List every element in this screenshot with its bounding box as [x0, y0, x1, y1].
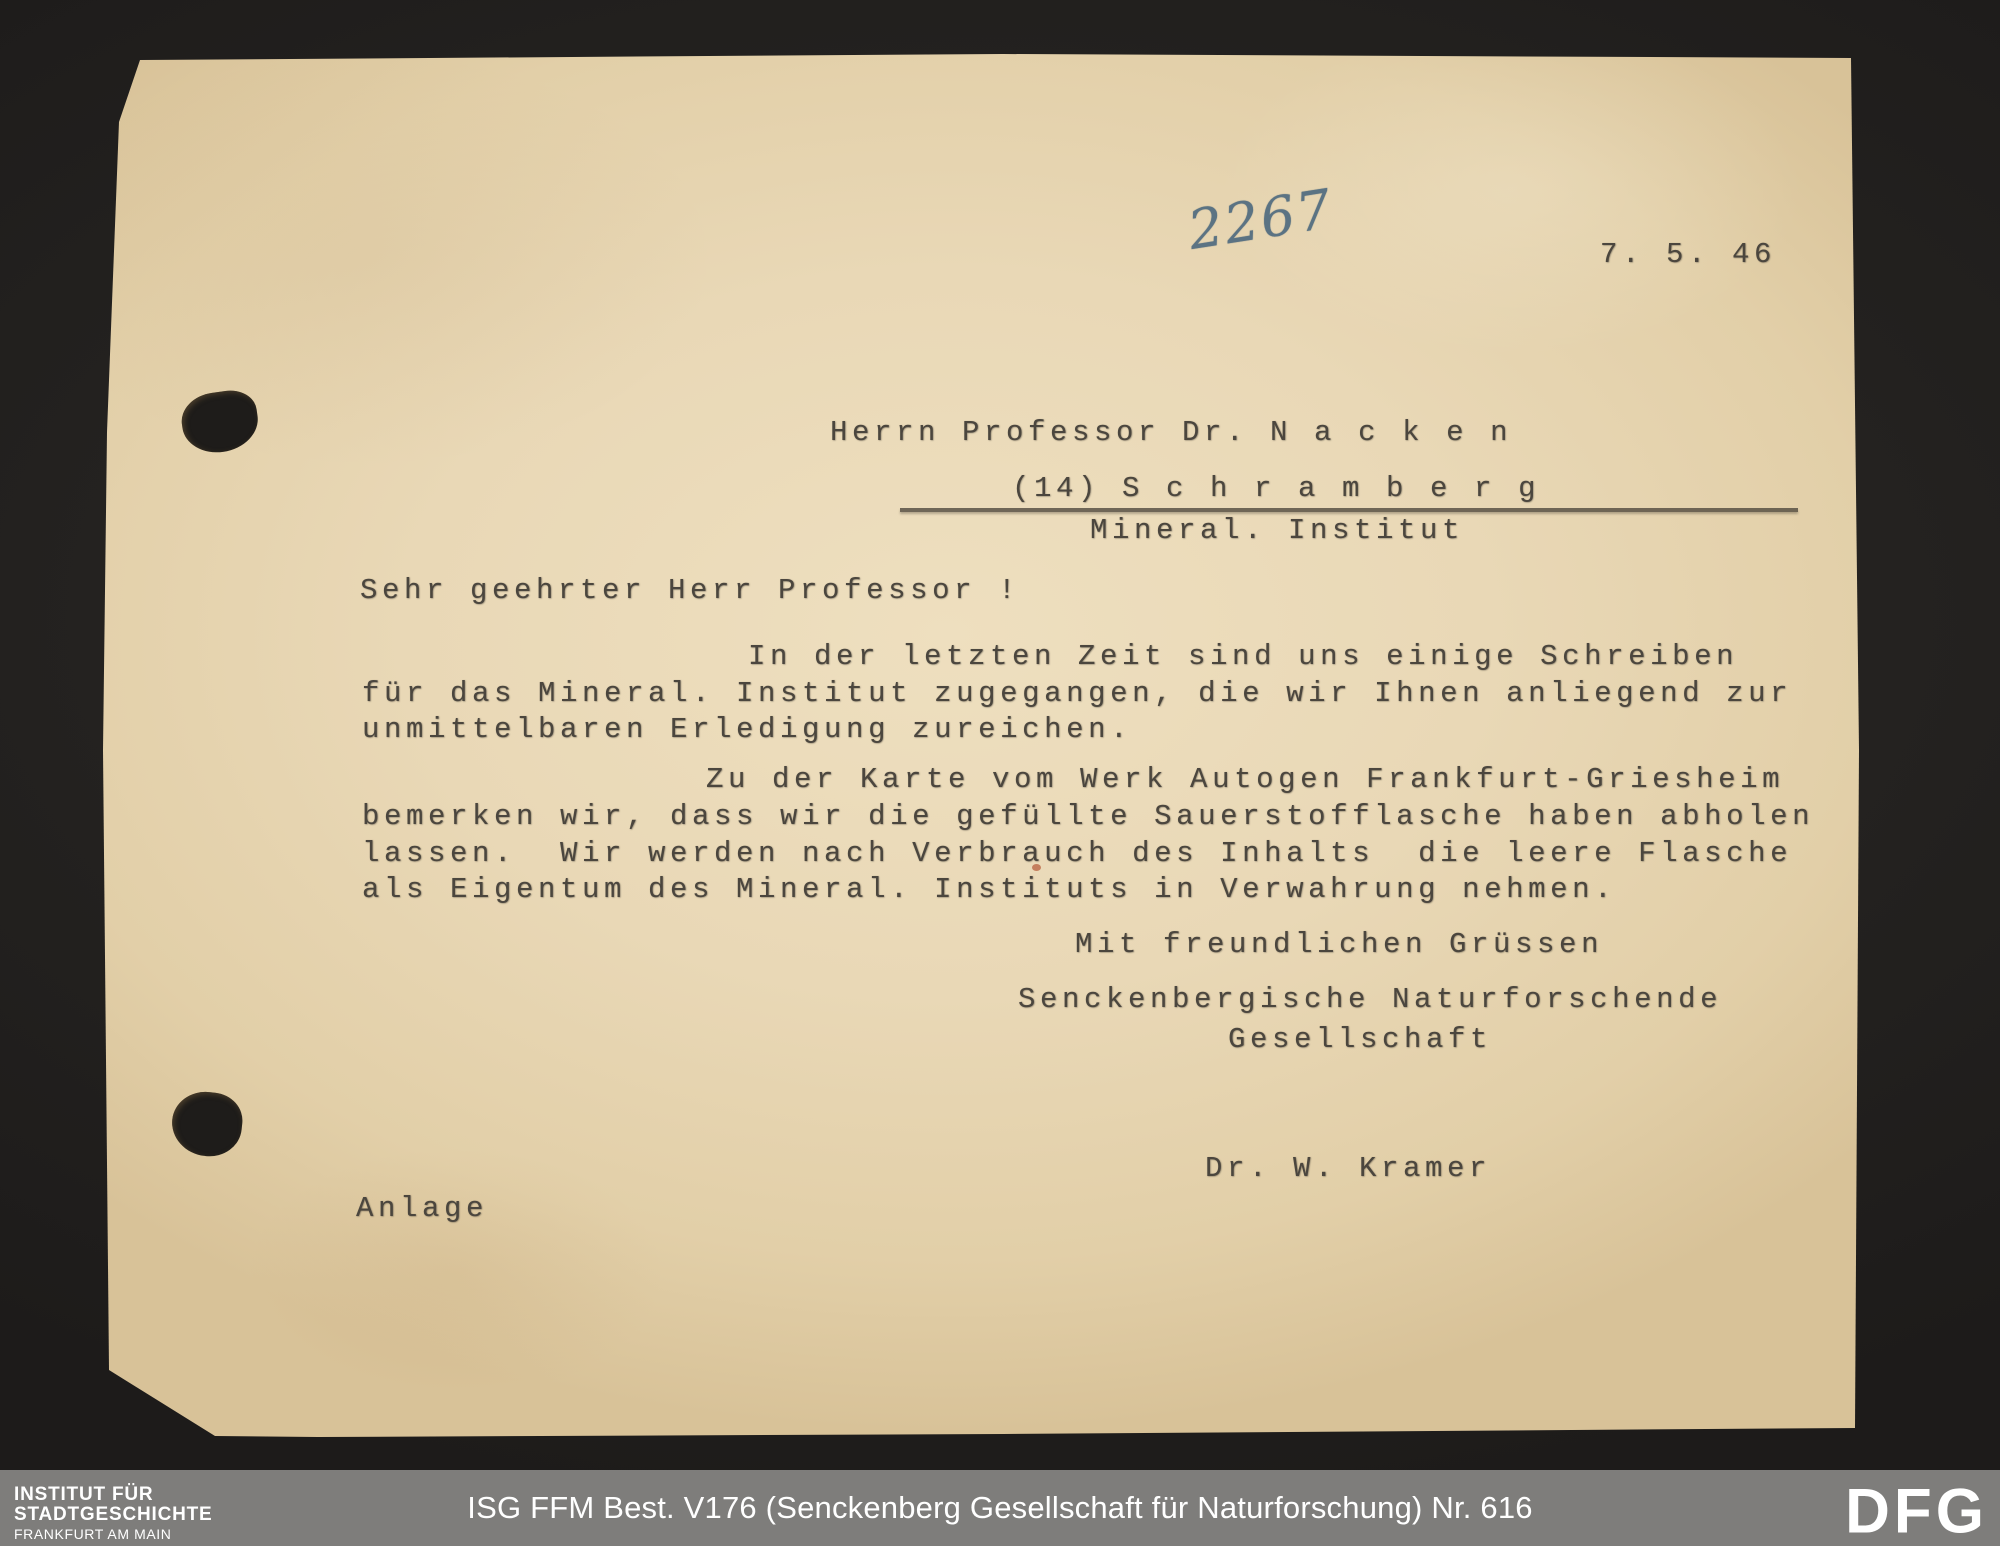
signature-name: Dr. W. Kramer [1205, 1152, 1491, 1185]
closing-org-line2: Gesellschaft [1228, 1023, 1492, 1056]
scanned-letter-page: 2267 7. 5. 46 Herrn Professor Dr. N a c … [0, 0, 2000, 1546]
body-p1-line2: für das Mineral. Institut zugegangen, di… [362, 677, 1792, 710]
enclosure-note: Anlage [356, 1192, 488, 1225]
body-p2-line2: bemerken wir, dass wir die gefüllte Saue… [362, 800, 1814, 833]
body-p1-line1: In der letzten Zeit sind uns einige Schr… [748, 640, 1738, 673]
recipient-line-1: Herrn Professor Dr. N a c k e n [830, 416, 1512, 449]
body-p2-line1: Zu der Karte vom Werk Autogen Frankfurt-… [706, 763, 1784, 796]
body-p2-line3: lassen. Wir werden nach Verbrauch des In… [362, 837, 1792, 870]
salutation: Sehr geehrter Herr Professor ! [360, 574, 1020, 607]
body-p2-line4: als Eigentum des Mineral. Instituts in V… [362, 873, 1616, 906]
letter-date: 7. 5. 46 [1600, 238, 1776, 271]
ink-stain [1032, 864, 1041, 871]
closing-greeting: Mit freundlichen Grüssen [1075, 928, 1603, 961]
recipient-line-2: (14) S c h r a m b e r g [1012, 472, 1540, 505]
dfg-logo: DFG [1845, 1475, 1988, 1546]
footer-bar: INSTITUT FÜR STADTGESCHICHTE FRANKFURT A… [0, 1470, 2000, 1546]
closing-org-line1: Senckenbergische Naturforschende [1018, 983, 1722, 1016]
recipient-line-3: Mineral. Institut [1090, 514, 1464, 547]
recipient-underline [900, 508, 1798, 512]
body-p1-line3: unmittelbaren Erledigung zureichen. [362, 713, 1132, 746]
archive-reference: ISG FFM Best. V176 (Senckenberg Gesellsc… [0, 1470, 2000, 1546]
